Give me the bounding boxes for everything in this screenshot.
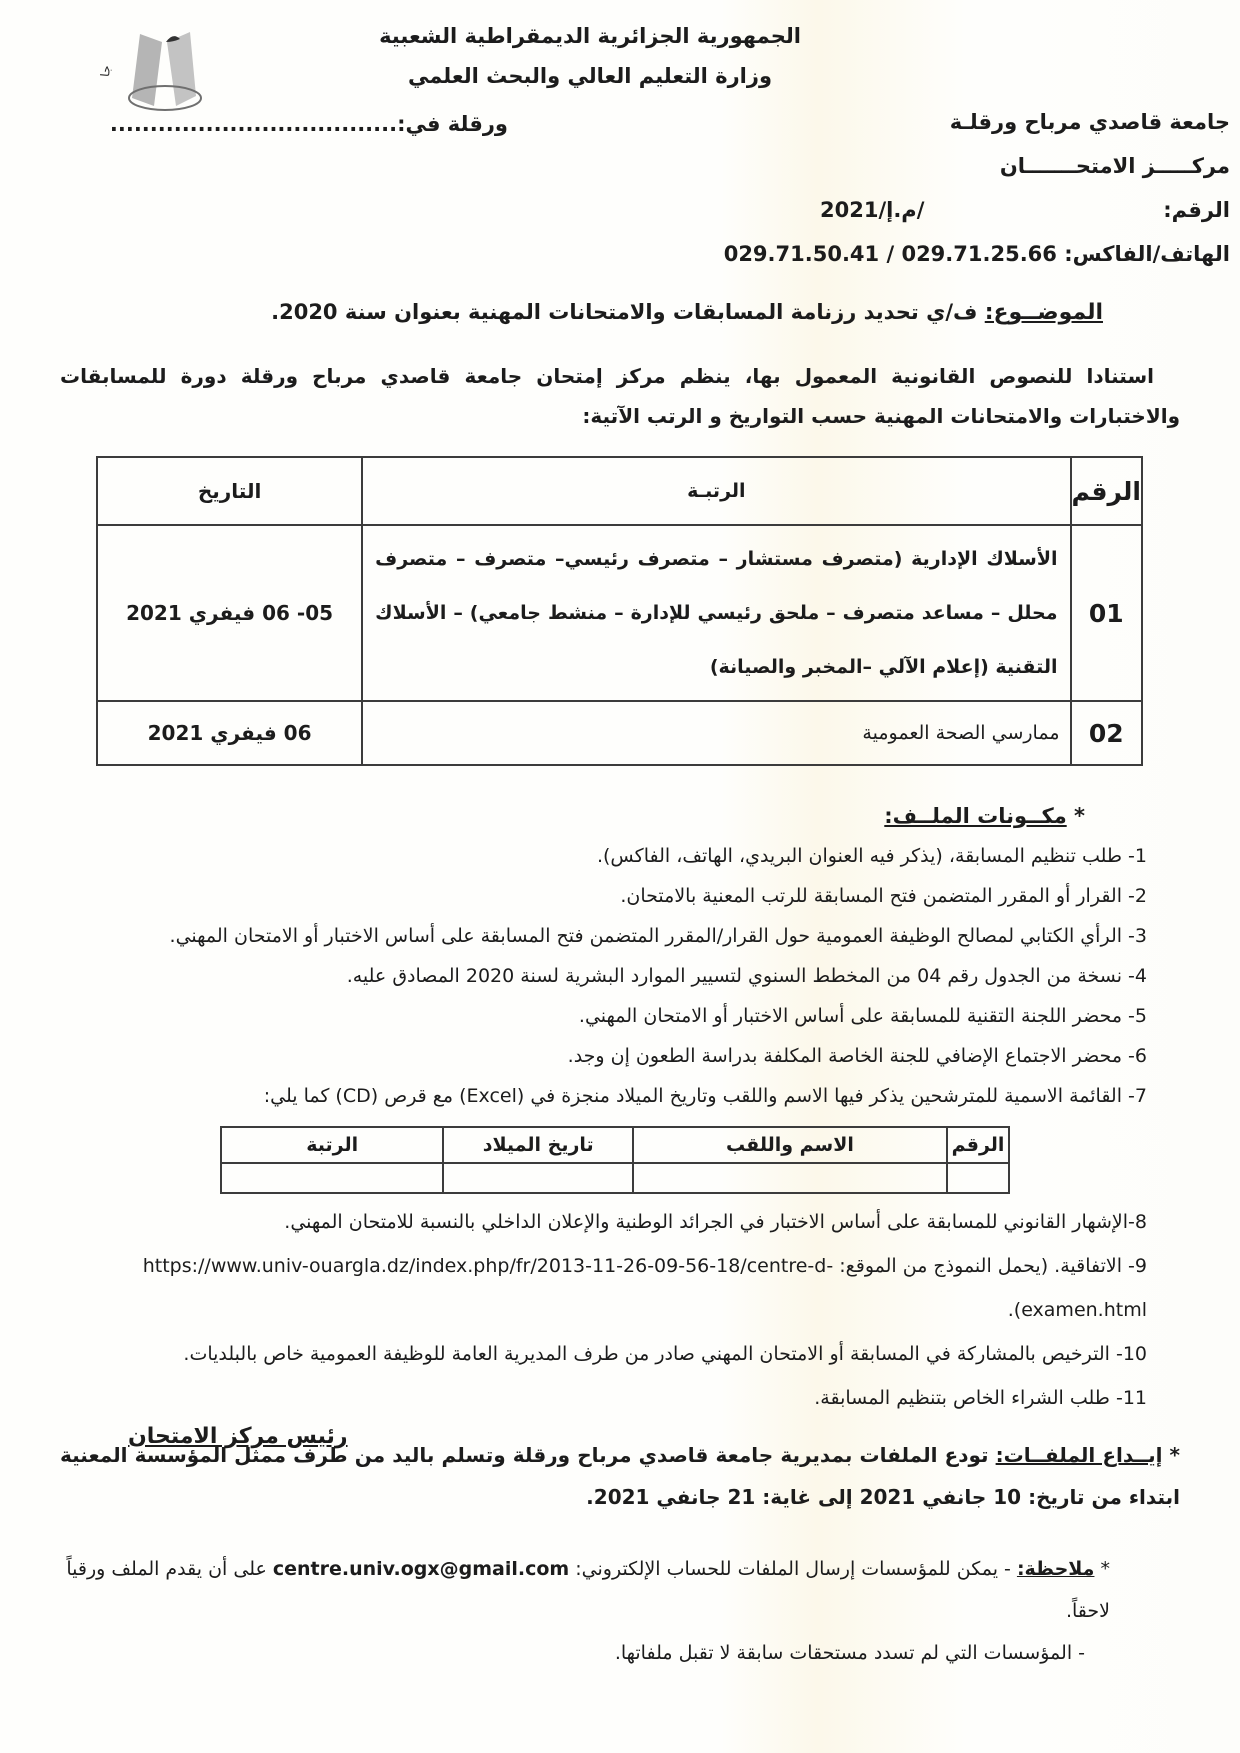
- list-item: 4- نسخة من الجدول رقم 04 من المخطط السنو…: [60, 956, 1147, 996]
- ministry-line: وزارة التعليم العالي والبحث العلمي: [290, 56, 890, 96]
- list-item: 11- طلب الشراء الخاص بتنظيم المسابقة.: [60, 1376, 1147, 1420]
- components-title-star: *: [1067, 804, 1085, 828]
- row-rank: ممارسي الصحة العمومية: [362, 701, 1070, 765]
- phone-fax-line: الهاتف/الفاكس: 029.71.25.66 / 029.71.50.…: [610, 232, 1230, 276]
- empty-cell: [947, 1163, 1009, 1193]
- reference-number-label: الرقم:: [1163, 188, 1230, 232]
- filing-label: إيــداع الملفــات:: [996, 1443, 1163, 1467]
- components-list: 1- طلب تنظيم المسابقة، (يذكر فيه العنوان…: [60, 836, 1147, 1116]
- candidates-header-rank: الرتبة: [221, 1127, 443, 1163]
- republic-line1: الجمهورية الجزائرية الديمقراطية الشعبية: [290, 16, 890, 56]
- empty-cell: [443, 1163, 633, 1193]
- candidates-empty-row: [221, 1163, 1009, 1193]
- svg-text:جامعة قاصدي مرباح ورقلة: جامعة قاصدي مرباح ورقلة: [82, 2, 114, 77]
- row-number: 02: [1071, 701, 1142, 765]
- subject-label: الموضــوع:: [985, 300, 1103, 325]
- note-block: * ملاحظة: - يمكن للمؤسسات إرسال الملفات …: [60, 1548, 1180, 1674]
- place-date-line: ورقلة في:...............................…: [108, 112, 508, 136]
- subject-line: الموضــوع: ف/ي تحديد رزنامة المسابقات وا…: [271, 300, 1103, 325]
- note-email: centre.univ.ogx@gmail.com: [273, 1558, 569, 1580]
- row-rank: الأسلاك الإدارية (متصرف مستشار – متصرف ر…: [362, 525, 1070, 701]
- row-number: 01: [1071, 525, 1142, 701]
- intro-paragraph: استنادا للنصوص القانونية المعمول بها، ين…: [60, 356, 1180, 436]
- note-label: ملاحظة:: [1017, 1558, 1095, 1580]
- list-item: 6- محضر الاجتماع الإضافي للجنة الخاصة ال…: [60, 1036, 1147, 1076]
- note-star: *: [1094, 1558, 1110, 1580]
- reference-number-line: الرقم: /م.إ/2021: [820, 188, 1230, 232]
- row-date: 06 فيفري 2021: [97, 701, 362, 765]
- candidates-header-number: الرقم: [947, 1127, 1009, 1163]
- components-title-text: مكــونات الملــف:: [884, 804, 1066, 828]
- schedule-header-number: الرقم: [1071, 457, 1142, 525]
- document-body: استنادا للنصوص القانونية المعمول بها، ين…: [60, 356, 1180, 1518]
- components-title: * مكــونات الملــف:: [60, 804, 1085, 828]
- university-name: جامعة قاصدي مرباح ورقلـة: [610, 100, 1230, 144]
- exam-center-name: مركـــــز الامتحـــــــان: [610, 144, 1230, 188]
- institution-block: جامعة قاصدي مرباح ورقلـة مركـــــز الامت…: [610, 100, 1230, 276]
- filing-star: *: [1162, 1443, 1180, 1467]
- list-item: 1- طلب تنظيم المسابقة، (يذكر فيه العنوان…: [60, 836, 1147, 876]
- document-page: جامعة قاصدي مرباح ورقلة Université Kasdi…: [0, 0, 1240, 1753]
- reference-number-value: /م.إ/2021: [820, 188, 924, 232]
- svg-text:Université Kasdi Merbah Ouargl: Université Kasdi Merbah Ouargla: [82, 2, 88, 5]
- list-item: 7- القائمة الاسمية للمترشحين يذكر فيها ا…: [60, 1076, 1147, 1116]
- table-row: 01 الأسلاك الإدارية (متصرف مستشار – متصر…: [97, 525, 1142, 701]
- schedule-header-row: الرقم الرتبـة التاريخ: [97, 457, 1142, 525]
- row-date: 05- 06 فيفري 2021: [97, 525, 362, 701]
- republic-header: الجمهورية الجزائرية الديمقراطية الشعبية …: [290, 16, 890, 96]
- list-item: 8-الإشهار القانوني للمسابقة على أساس الا…: [60, 1200, 1147, 1244]
- subject-text: ف/ي تحديد رزنامة المسابقات والامتحانات ا…: [271, 300, 985, 324]
- schedule-header-rank: الرتبـة: [362, 457, 1070, 525]
- candidates-header-birthdate: تاريخ الميلاد: [443, 1127, 633, 1163]
- empty-cell: [221, 1163, 443, 1193]
- note-line-1: * ملاحظة: - يمكن للمؤسسات إرسال الملفات …: [60, 1548, 1110, 1632]
- list-item: 2- القرار أو المقرر المتضمن فتح المسابقة…: [60, 876, 1147, 916]
- schedule-header-date: التاريخ: [97, 457, 362, 525]
- note-text-pre: - يمكن للمؤسسات إرسال الملفات للحساب الإ…: [569, 1558, 1017, 1580]
- list-item: 9- الاتفاقية. (يحمل النموذج من الموقع: h…: [60, 1244, 1147, 1332]
- candidates-table: الرقم الاسم واللقب تاريخ الميلاد الرتبة: [220, 1126, 1010, 1194]
- components-list-continued: 8-الإشهار القانوني للمسابقة على أساس الا…: [60, 1200, 1147, 1420]
- table-row: 02 ممارسي الصحة العمومية 06 فيفري 2021: [97, 701, 1142, 765]
- empty-cell: [633, 1163, 947, 1193]
- schedule-table: الرقم الرتبـة التاريخ 01 الأسلاك الإداري…: [96, 456, 1143, 766]
- list-item: 3- الرأي الكتابي لمصالح الوظيفة العمومية…: [60, 916, 1147, 956]
- candidates-header-name: الاسم واللقب: [633, 1127, 947, 1163]
- signature-title: رئيس مركز الامتحان: [128, 1424, 348, 1449]
- candidates-header-row: الرقم الاسم واللقب تاريخ الميلاد الرتبة: [221, 1127, 1009, 1163]
- list-item: 10- الترخيص بالمشاركة في المسابقة أو الا…: [60, 1332, 1147, 1376]
- list-item: 5- محضر اللجنة التقنية للمسابقة على أساس…: [60, 996, 1147, 1036]
- note-line-2: - المؤسسات التي لم تسدد مستحقات سابقة لا…: [60, 1632, 1085, 1674]
